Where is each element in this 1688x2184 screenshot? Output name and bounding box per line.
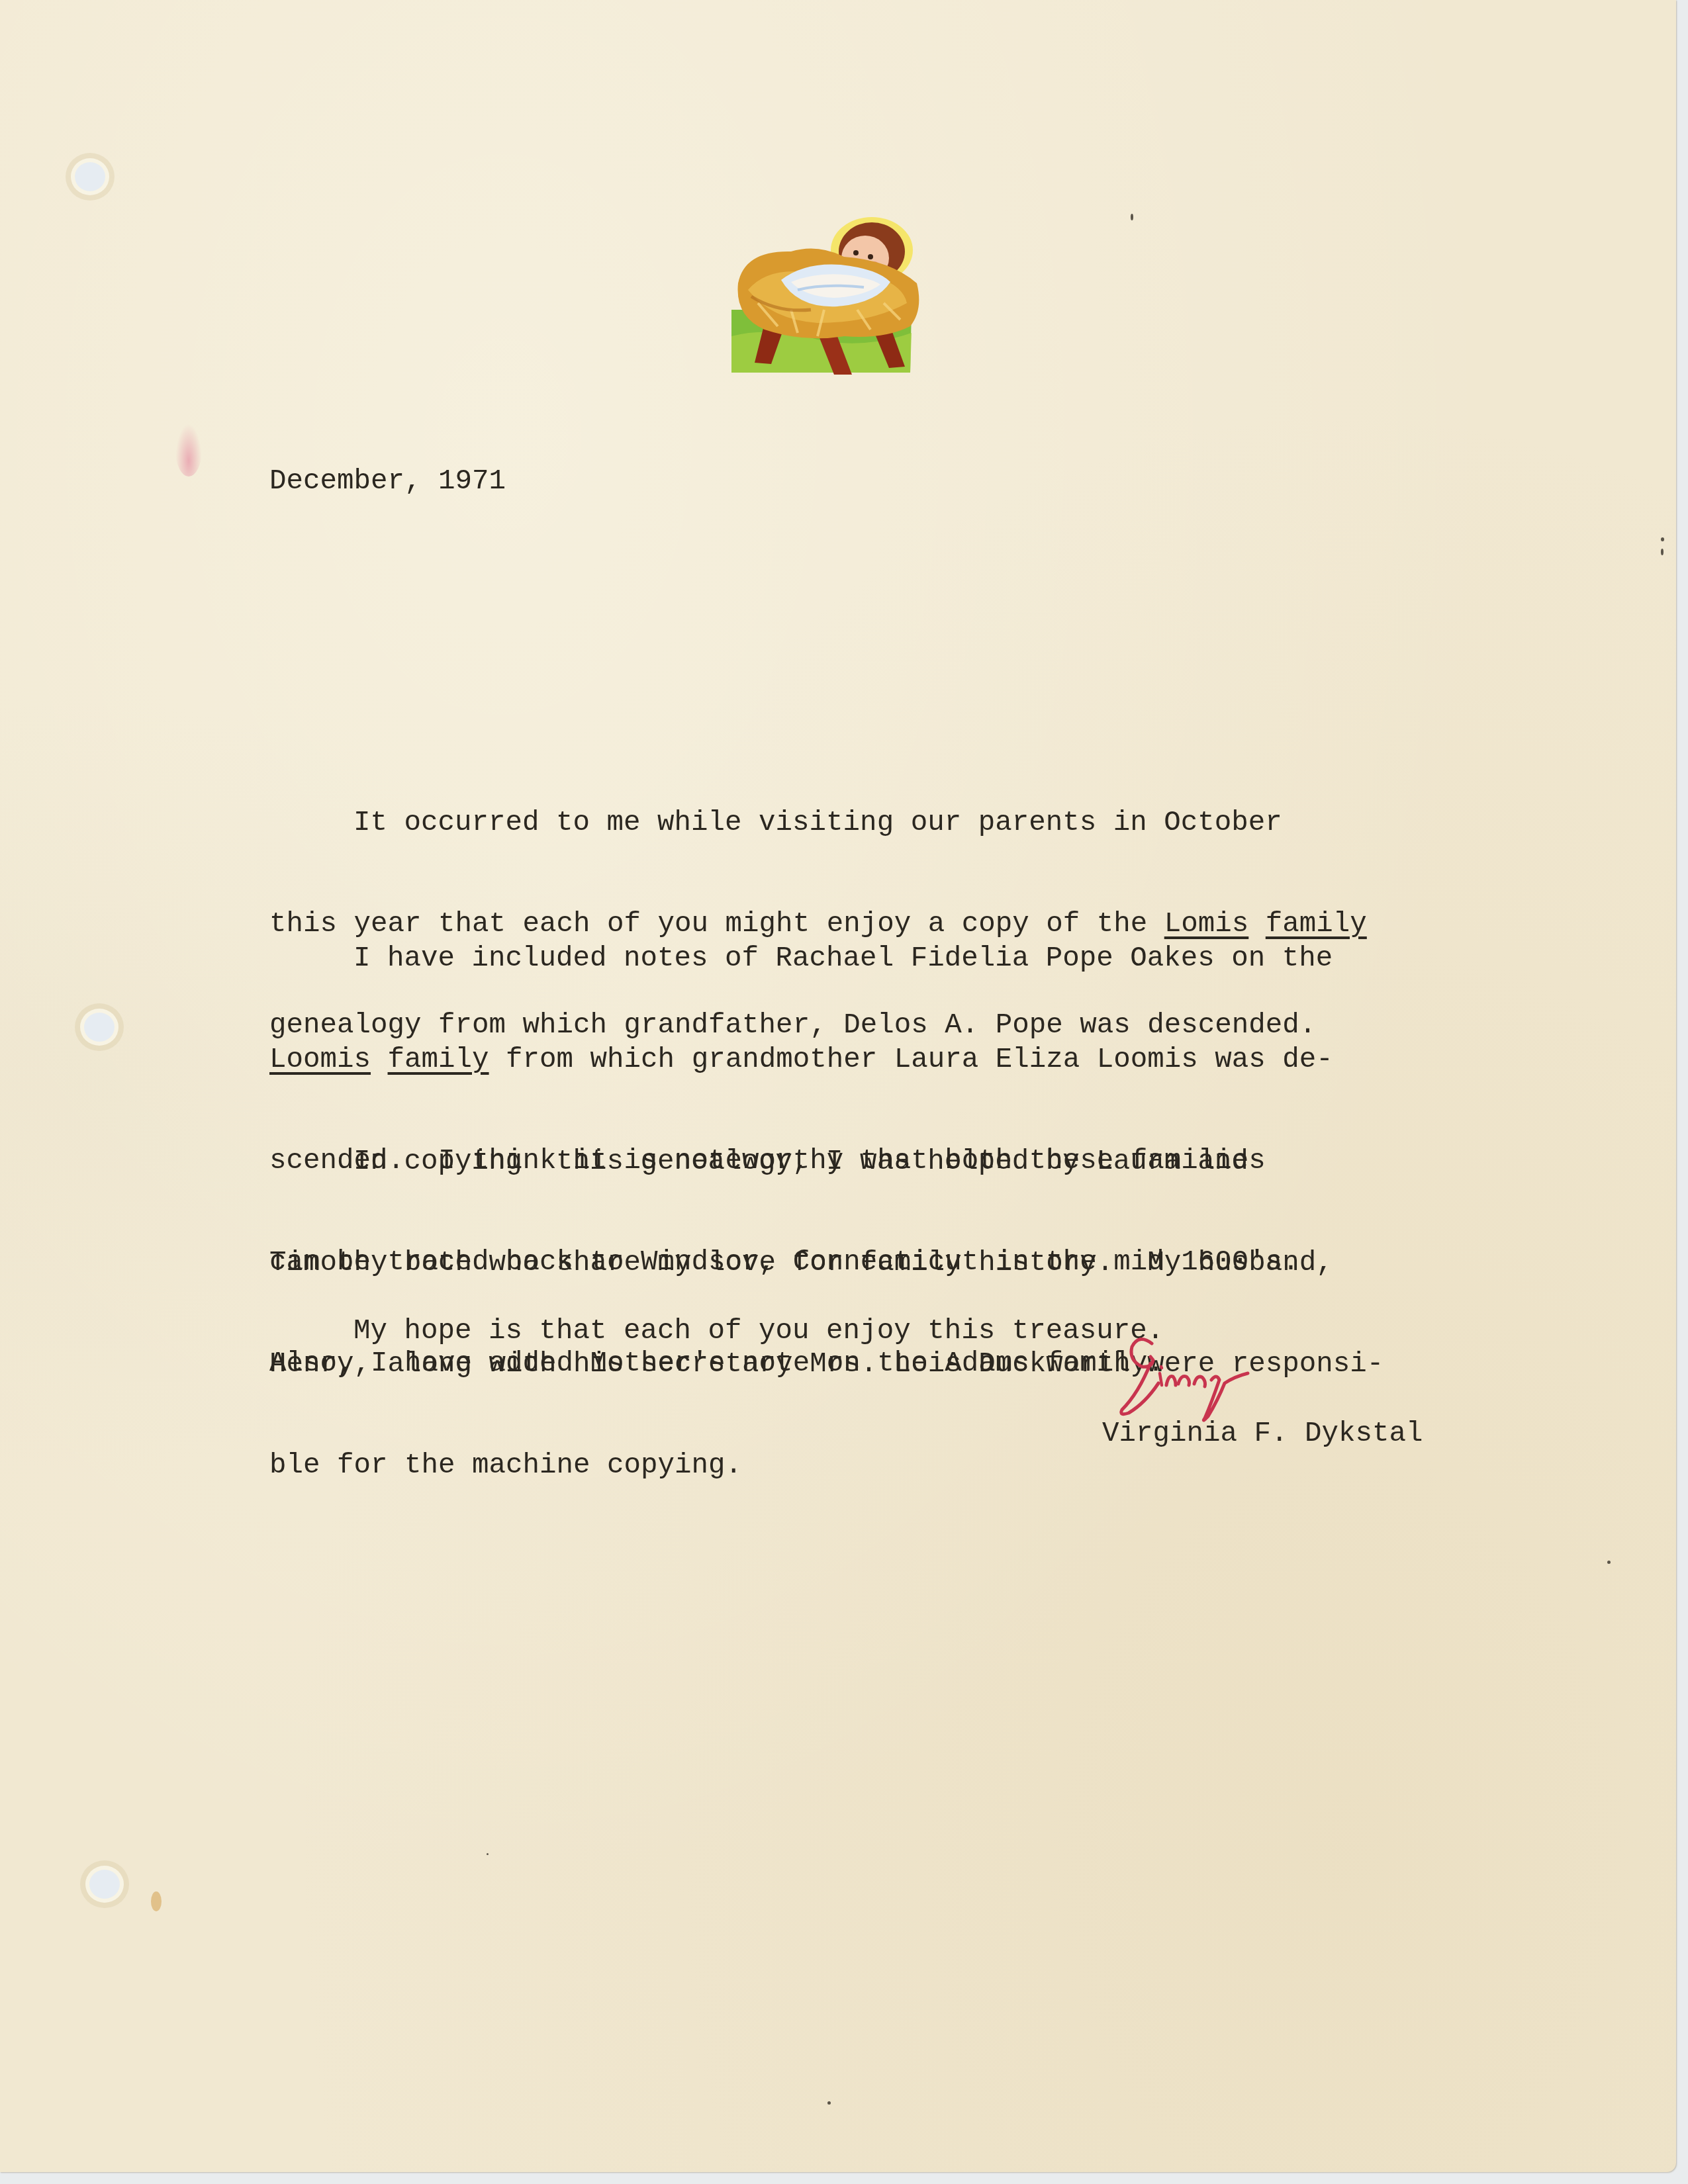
- speck: [1607, 1561, 1611, 1564]
- speck: [1661, 549, 1664, 555]
- punch-hole-middle: [84, 1013, 115, 1042]
- speck: [1661, 537, 1664, 541]
- text-line: ble for the machine copying.: [269, 1449, 1383, 1482]
- paragraph-4: My hope is that each of you enjoy this t…: [269, 1247, 1164, 1416]
- punch-hole-top: [75, 162, 105, 191]
- rust-stain: [151, 1891, 162, 1911]
- letter-date: December, 1971: [269, 465, 506, 498]
- signatory-name: Virginia F. Dykstal: [1102, 1417, 1423, 1451]
- text-line: It occurred to me while visiting our par…: [269, 806, 1367, 840]
- letter-page: December, 1971 It occurred to me while v…: [0, 0, 1676, 2172]
- text-line: In copying this genealogy, I was helped …: [269, 1145, 1383, 1179]
- punch-hole-bottom: [89, 1870, 120, 1899]
- underlined-loomis: Loomis: [269, 1044, 371, 1075]
- underlined-family: family: [388, 1044, 489, 1075]
- speck: [487, 1853, 489, 1855]
- text-line: My hope is that each of you enjoy this t…: [269, 1314, 1164, 1348]
- speck: [827, 2101, 831, 2105]
- speck: [1131, 214, 1133, 220]
- nativity-manger-icon: [718, 210, 927, 376]
- text-line: Loomis family from which grandmother Lau…: [269, 1043, 1333, 1077]
- handwritten-signature: [1112, 1327, 1311, 1426]
- pink-smudge: [175, 424, 202, 477]
- text-line: I have included notes of Rachael Fidelia…: [269, 942, 1333, 976]
